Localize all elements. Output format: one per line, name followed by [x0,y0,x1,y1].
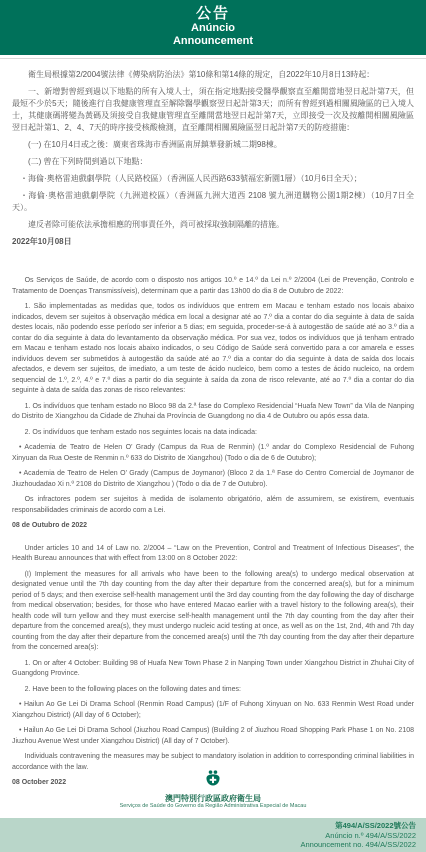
en-measure: (I) Implement the measures for all arriv… [12,570,414,654]
announcement-body: 衛生局根據第2/2004號法律《傳染病防治法》第10條和第14條的規定，自202… [0,59,426,789]
en-intro: Under articles 10 and 14 of Law no. 2/20… [12,544,414,565]
zh-penalty: 違反者除可能依法承擔相應的刑事責任外，尚可被採取強制隔離的措施。 [12,219,414,231]
reference-number-en: Announcement no. 494/A/SS/2022 [0,840,416,850]
section-chinese: 衛生局根據第2/2004號法律《傳染病防治法》第10條和第14條的規定，自202… [12,69,414,248]
pt-item-1: 1. Os indivíduos que tenham estado no Bl… [12,402,414,423]
pt-date: 08 de Outubro de 2022 [12,521,414,532]
announcement-header: 公告 Anúncio Announcement [0,0,426,55]
page-title-pt: Anúncio [0,22,426,35]
zh-item-1: (一) 在10月4日或之後：廣東省珠海市香洲區南屏鎮華發新城二期98棟。 [12,139,414,151]
health-bureau-block: 澳門特別行政區政府衛生局 Serviços de Saúde do Govern… [0,770,426,818]
reference-number-band: 第494/A/SS/2022號公告 Anúncio n.º 494/A/SS/2… [0,818,426,852]
bureau-name-zh: 澳門特別行政區政府衛生局 [0,794,426,803]
section-gap [12,260,414,276]
en-location-2: • Hailun Ao Ge Lei Di Drama School (Jiuz… [12,726,414,747]
pt-penalty: Os infractores podem ser sujeitos à medi… [12,495,414,516]
section-portuguese: Os Serviços de Saúde, de acordo com o di… [12,276,414,532]
en-item-2: 2. Have been to the following places on … [12,685,414,696]
en-location-1: • Hailun Ao Ge Lei Di Drama School (Renm… [12,700,414,721]
reference-number-pt: Anúncio n.º 494/A/SS/2022 [0,831,416,841]
pt-intro: Os Serviços de Saúde, de acordo com o di… [12,276,414,297]
page-title-zh: 公告 [0,5,426,22]
zh-intro: 衛生局根據第2/2004號法律《傳染病防治法》第10條和第14條的規定，自202… [12,69,414,81]
health-bureau-logo-icon [203,770,223,788]
en-item-1: 1. On or after 4 October: Building 98 of… [12,659,414,680]
pt-item-2: 2. Os indivíduos que tenham estado nos s… [12,428,414,439]
announcement-page: 公告 Anúncio Announcement 衛生局根據第2/2004號法律《… [0,0,426,852]
zh-measure: 一、新增對曾經到過以下地點的所有入境人士，須在指定地點接受醫學觀察直至離開當地翌… [12,86,414,134]
reference-number-zh: 第494/A/SS/2022號公告 [0,821,416,831]
pt-location-2: • Academia de Teatro de Helen O’ Grady (… [12,469,414,490]
pt-location-1: • Academia de Teatro de Helen O’ Grady (… [12,443,414,464]
announcement-footer: 澳門特別行政區政府衛生局 Serviços de Saúde do Govern… [0,770,426,852]
section-english: Under articles 10 and 14 of Law no. 2/20… [12,544,414,789]
zh-date: 2022年10月08日 [12,236,414,248]
page-title-en: Announcement [0,35,426,48]
bureau-name-pt: Serviços de Saúde do Governo da Região A… [0,803,426,810]
zh-location-1: ・海倫·奧格雷迪戲劇學院（人民路校區）（香洲區人民西路633號福宏新園1層）（1… [12,173,414,185]
pt-measure: 1. São implementadas as medidas que, tod… [12,302,414,397]
zh-location-2: ・海倫·奧格雷迪戲劇學院（九洲道校區）（香洲區九洲大道西 2108 號九洲道購物… [12,190,414,214]
zh-item-2: (二) 曾在下列時間到過以下地點： [12,156,414,168]
